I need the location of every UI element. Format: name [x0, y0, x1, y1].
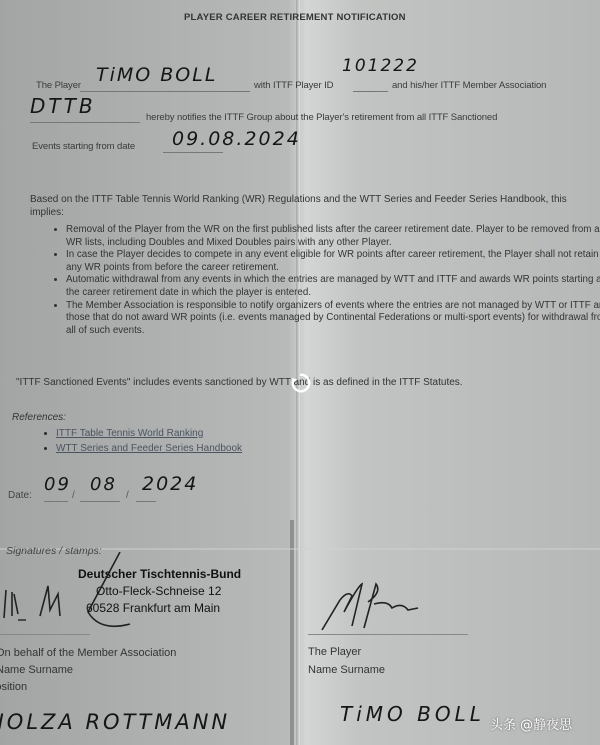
player-signature — [318, 582, 448, 634]
events-from-line — [163, 152, 223, 153]
association-block-line3: Position — [0, 679, 27, 695]
association-signature-line — [0, 634, 90, 635]
date-separator: / — [72, 490, 75, 501]
reference-link-wr[interactable]: ITTF Table Tennis World Ranking — [56, 428, 203, 439]
player-name-line — [80, 91, 250, 92]
stamp-line: 60528 Frankfurt am Main — [78, 600, 241, 617]
watermark: 头条 @静夜思 — [490, 714, 572, 733]
implications-list: Removal of the Player from the WR on the… — [46, 224, 600, 337]
date-day-line — [44, 501, 68, 502]
stamp-line: Deutscher Tischtennis-Bund — [78, 566, 241, 583]
sanctioned-events-note: "ITTF Sanctioned Events" includes events… — [16, 377, 463, 388]
player-block-line2: Name Surname — [308, 662, 385, 678]
events-from-label: Events starting from date — [32, 141, 135, 152]
notifies-text: hereby notifies the ITTF Group about the… — [146, 112, 497, 123]
date-year-line — [136, 501, 156, 502]
player-id-line — [353, 91, 388, 92]
player-id-label: with ITTF Player ID — [254, 80, 333, 91]
date-year-handwritten: 2024 — [142, 473, 198, 495]
implication-item: In case the Player decides to compete in… — [66, 249, 600, 274]
date-month-line — [80, 501, 120, 502]
events-from-date-handwritten: 09.08.2024 — [172, 128, 301, 150]
implication-item: Removal of the Player from the WR on the… — [66, 224, 600, 249]
basis-paragraph: Based on the ITTF Table Tennis World Ran… — [30, 193, 575, 219]
the-player-label: The Player — [36, 80, 81, 91]
date-day-handwritten: 09 — [44, 474, 71, 495]
date-separator: / — [126, 490, 129, 501]
references-label: References: — [12, 412, 66, 423]
implication-item: Automatic withdrawal from any events in … — [66, 274, 600, 299]
player-handwritten-name: TiMO BOLL — [340, 702, 485, 726]
reference-item: WTT Series and Feeder Series Handbook — [56, 441, 242, 456]
association-handwritten-name: HOLZA ROTTMANN — [0, 710, 230, 734]
implication-item: The Member Association is responsible to… — [66, 300, 600, 338]
player-signature-line — [308, 634, 468, 635]
association-label: and his/her ITTF Member Association — [392, 80, 546, 91]
reference-link-handbook[interactable]: WTT Series and Feeder Series Handbook — [56, 443, 242, 454]
association-line — [30, 122, 140, 123]
reference-item: ITTF Table Tennis World Ranking — [56, 426, 242, 441]
association-handwritten: DTTB — [30, 94, 96, 118]
rotate-icon[interactable] — [290, 372, 312, 394]
stamp-line: Otto-Fleck-Schneise 12 — [78, 583, 241, 600]
player-name-handwritten: TiMO BOLL — [96, 64, 217, 86]
association-block-line1: On behalf of the Member Association — [0, 645, 176, 661]
player-id-handwritten: 101222 — [342, 56, 419, 76]
association-block-line2: Name Surname — [0, 662, 73, 678]
references-list: ITTF Table Tennis World Ranking WTT Seri… — [38, 426, 242, 456]
document-title: PLAYER CAREER RETIREMENT NOTIFICATION — [184, 12, 406, 23]
paper-fold-shadow — [290, 520, 294, 745]
date-month-handwritten: 08 — [90, 474, 117, 495]
association-stamp: Deutscher Tischtennis-Bund Otto-Fleck-Sc… — [78, 566, 241, 617]
player-block-line1: The Player — [308, 644, 361, 660]
date-label: Date: — [8, 490, 32, 501]
